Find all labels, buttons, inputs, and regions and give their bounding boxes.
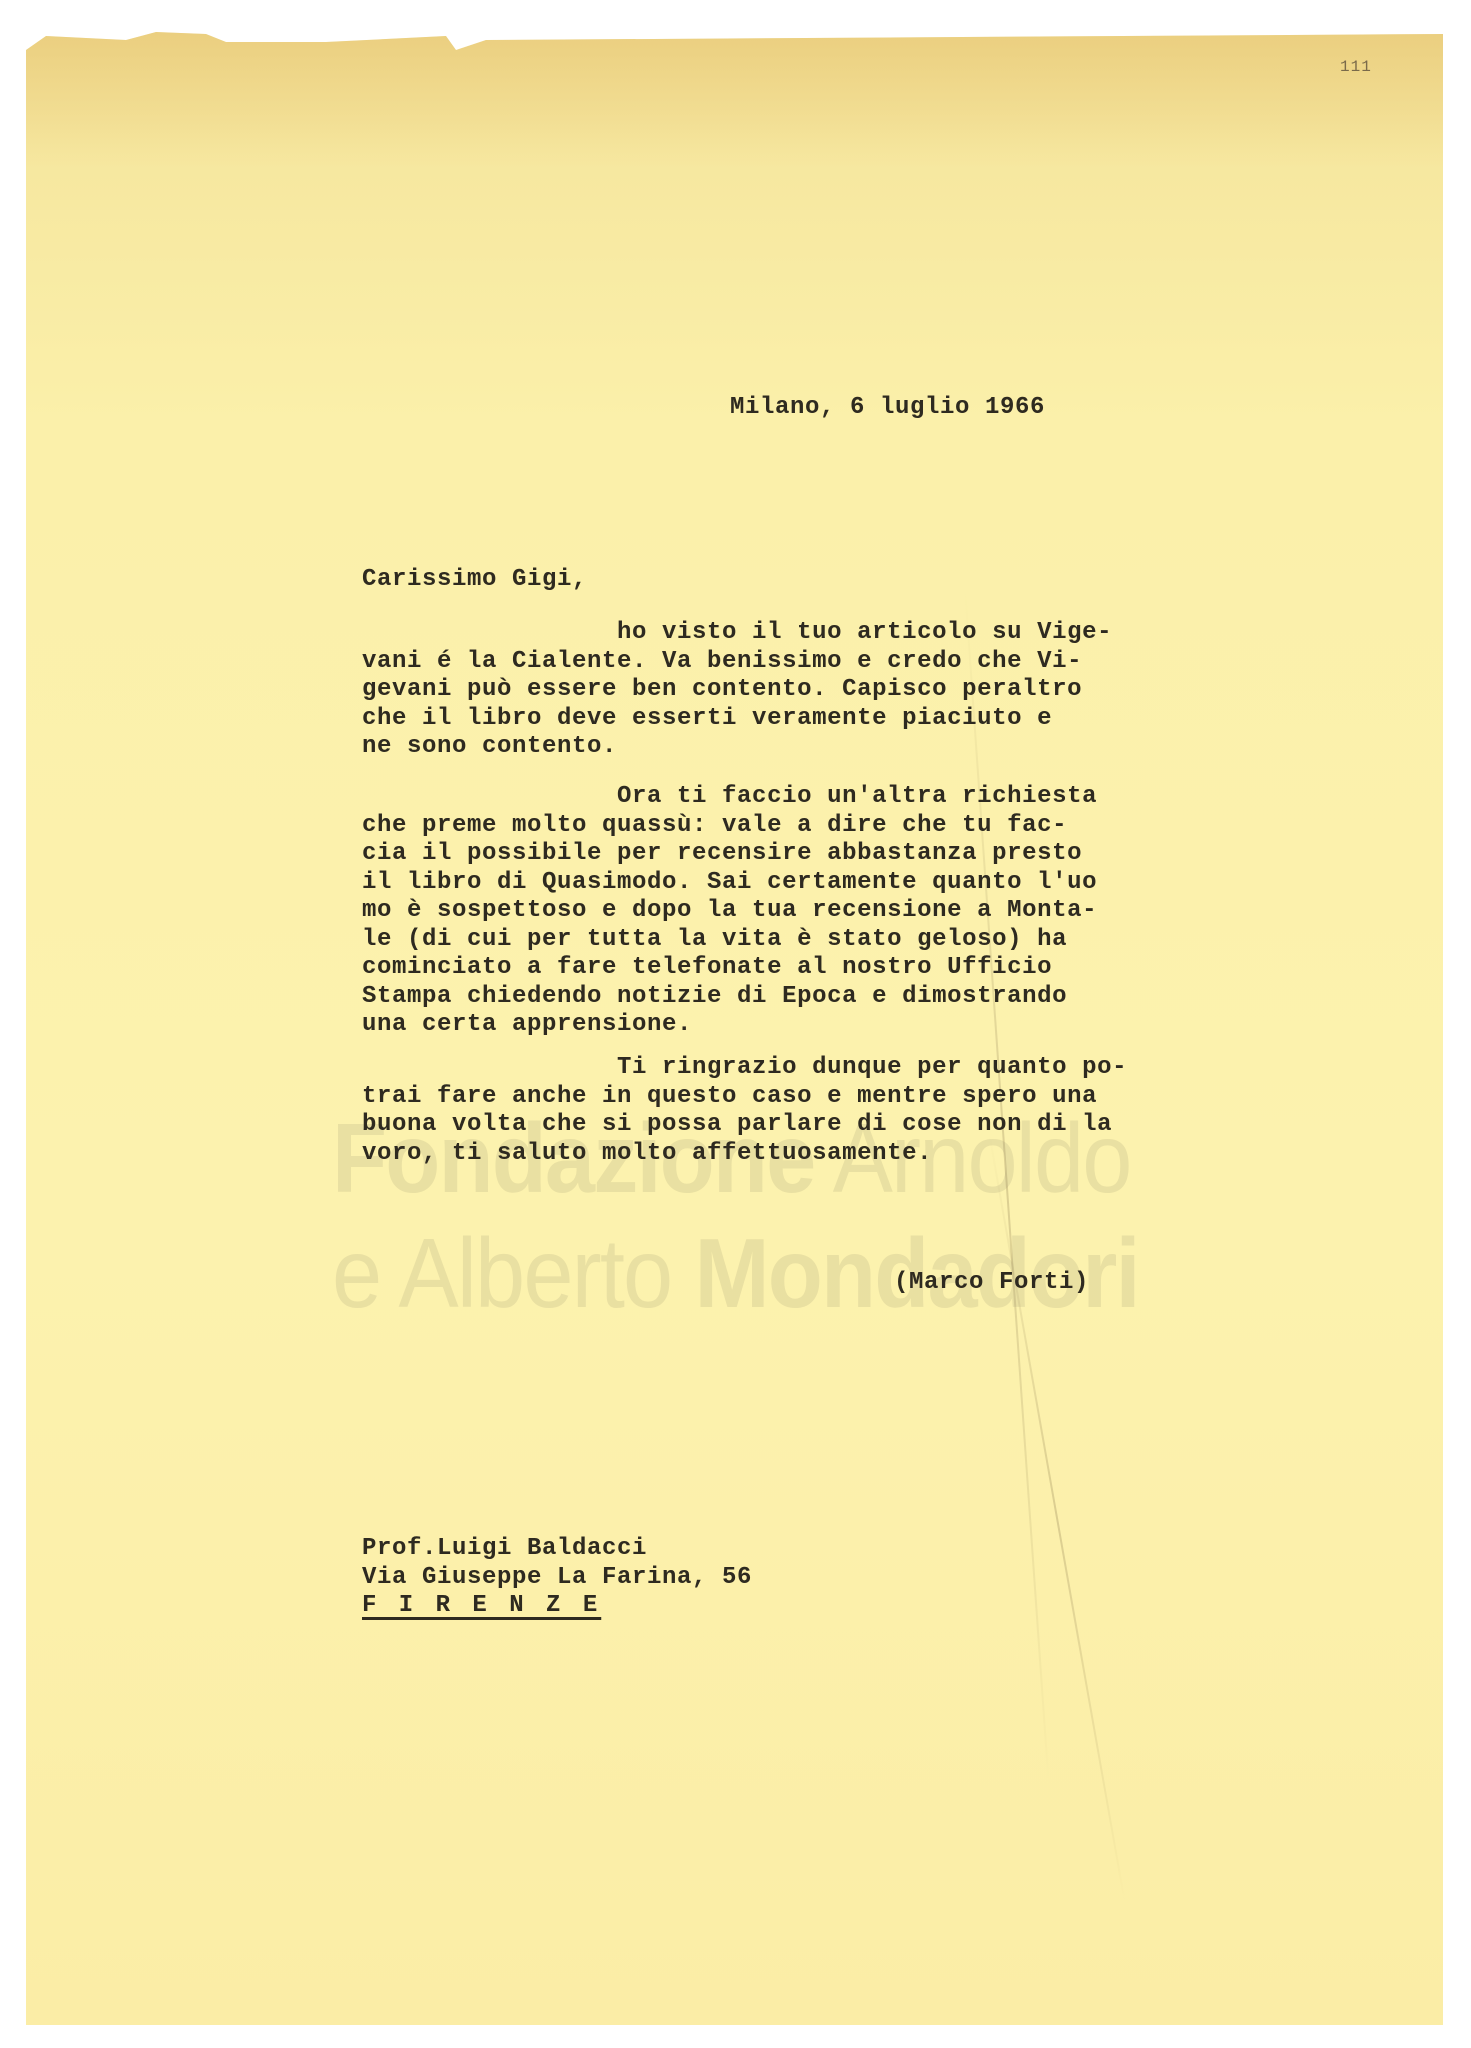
date-line: Milano, 6 luglio 1966 <box>730 394 1045 423</box>
recipient-street: Via Giuseppe La Farina, 56 <box>362 1564 752 1591</box>
salutation: Carissimo Gigi, <box>362 566 587 595</box>
paragraph-2: Ora ti faccio un'altra richiesta che pre… <box>362 783 1097 1040</box>
signature: (Marco Forti) <box>894 1269 1089 1298</box>
archive-mark: 111 <box>1340 58 1372 76</box>
paragraph-3: Ti ringrazio dunque per quanto po- trai … <box>362 1054 1127 1168</box>
letter-page: Fondazione Arnoldo e Alberto Mondadori 1… <box>26 28 1443 2025</box>
recipient-city: F I R E N Z E <box>362 1592 601 1621</box>
paragraph-1: ho visto il tuo articolo su Vige- vani é… <box>362 619 1112 762</box>
recipient-address: Prof.Luigi Baldacci Via Giuseppe La Fari… <box>362 1534 752 1592</box>
recipient-name: Prof.Luigi Baldacci <box>362 1535 647 1562</box>
